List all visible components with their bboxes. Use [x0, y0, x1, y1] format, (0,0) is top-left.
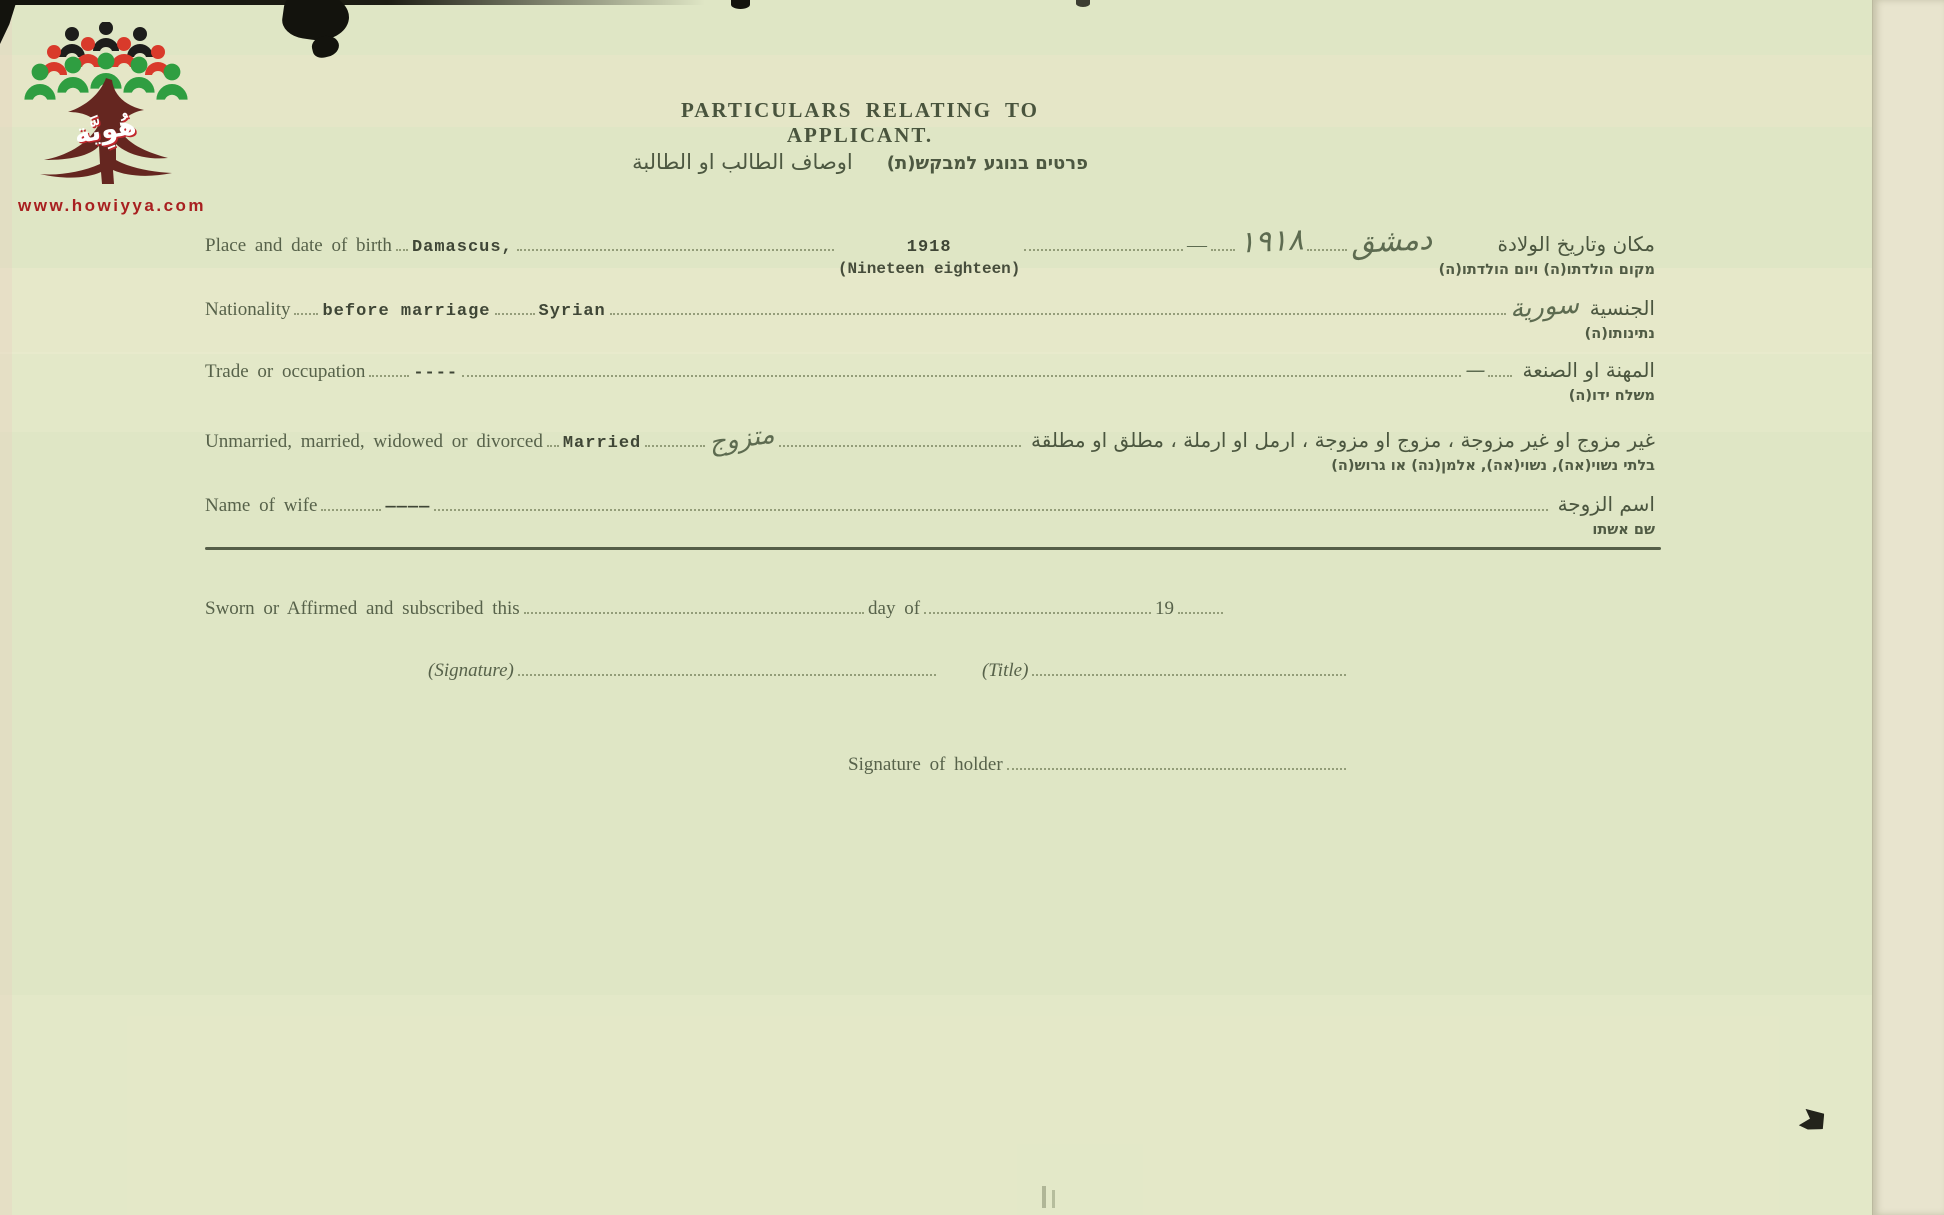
dotted-leader: [396, 249, 408, 251]
nationality-handwritten: سورية: [1509, 290, 1580, 325]
nationality-value-typed: Syrian: [539, 302, 606, 321]
dotted-leader: [517, 249, 834, 251]
nationality-label-he: נתינותו(ה): [1585, 326, 1655, 342]
wife-value-typed: ————: [385, 498, 430, 517]
scan-edge-tint: [0, 0, 12, 1215]
watermark-url: www.howiyya.com: [18, 196, 206, 216]
field-row-occupation: Trade or occupation ---- — المهنة او الص…: [205, 358, 1655, 404]
page-subtitle: اوصاف الطالب او الطالبة פרטים בנוגע למבק…: [610, 150, 1110, 174]
field-row-nationality: Nationality before marriage Syrian سورية…: [205, 292, 1655, 342]
fold-mark: [1042, 1186, 1046, 1208]
signature-line: (Signature) (Title): [428, 660, 1350, 682]
nationality-label-rtl-block: الجنسية נתינותו(ה): [1585, 296, 1655, 342]
dotted-leader: [1024, 249, 1183, 251]
dotted-leader: [924, 612, 1151, 614]
marital-label-en: Unmarried, married, widowed or divorced: [205, 431, 543, 453]
birth-label-en: Place and date of birth: [205, 235, 392, 257]
occupation-value-typed: ----: [413, 364, 458, 383]
section-divider: [205, 547, 1661, 550]
dotted-leader: [1307, 249, 1347, 251]
subtitle-arabic: اوصاف الطالب او الطالبة: [632, 150, 853, 174]
adjacent-page-edge: [1872, 0, 1944, 1215]
birth-label-rtl-block: مكان وتاريخ الولادة מקום הולדתו(ה) ויום …: [1439, 232, 1655, 278]
oath-sworn-text: Sworn or Affirmed and subscribed this: [205, 598, 520, 620]
nationality-label-en: Nationality: [205, 299, 290, 321]
dotted-leader: [1007, 768, 1346, 770]
wife-label-ar: اسم الزوجة: [1558, 492, 1655, 516]
holder-label: Signature of holder: [848, 754, 1003, 776]
torn-edge-mark: [1076, 0, 1090, 7]
marital-label-he: בלתי נשוי(אה), נשוי(אה), אלמן(נה) או גרו…: [1331, 458, 1655, 474]
nationality-qualifier-typed: before marriage: [322, 302, 490, 321]
field-row-marital: Unmarried, married, widowed or divorced …: [205, 424, 1655, 474]
dotted-leader: [369, 375, 409, 377]
hand-dash: —: [1187, 234, 1207, 257]
birth-place-typed: Damascus,: [412, 238, 513, 257]
ink-stain: [1796, 1106, 1827, 1133]
birth-label-ar: مكان وتاريخ الولادة: [1498, 232, 1655, 256]
wife-label-he: שם אשתו: [1592, 522, 1655, 538]
dotted-leader: [1178, 612, 1223, 614]
dotted-leader: [524, 612, 864, 614]
title-label: (Title): [982, 660, 1028, 682]
dotted-leader: [610, 313, 1506, 315]
birth-year-words: (Nineteen eighteen): [838, 260, 1020, 278]
dotted-leader: [645, 445, 705, 447]
page-title: PARTICULARS RELATING TO APPLICANT.: [660, 98, 1060, 148]
oath-day-of-text: day of: [868, 598, 920, 620]
occupation-label-en: Trade or occupation: [205, 361, 365, 383]
torn-edge-mark: [731, 0, 750, 9]
dotted-leader: [547, 445, 559, 447]
birth-year-handwritten: ١٩١٨: [1238, 222, 1304, 260]
dotted-leader: [518, 674, 936, 676]
holder-signature-line: Signature of holder: [848, 754, 1350, 776]
marital-handwritten: متزوج: [707, 420, 776, 459]
nationality-label-ar: الجنسية: [1590, 296, 1655, 320]
oath-line: Sworn or Affirmed and subscribed this da…: [205, 598, 1227, 620]
torn-edge-mark: [0, 0, 17, 44]
occupation-label-he: משלח ידו(ה): [1569, 388, 1655, 404]
people-tree-icon: هُوِيَّة هُوِيَّة: [20, 22, 192, 194]
marital-value-typed: Married: [563, 434, 641, 453]
marital-label-rtl-block: غير مزوج او غير مزوجة ، مزوج او مزوجة ، …: [1031, 428, 1655, 474]
dotted-leader: [1488, 375, 1512, 377]
signature-label: (Signature): [428, 660, 514, 682]
marital-label-ar: غير مزوج او غير مزوجة ، مزوج او مزوجة ، …: [1031, 428, 1655, 452]
dotted-leader: [1032, 674, 1346, 676]
scan-tint-band: [0, 995, 1872, 1215]
field-row-birth: Place and date of birth Damascus, 1918 (…: [205, 224, 1655, 278]
birth-year-typed-block: 1918 (Nineteen eighteen): [838, 238, 1020, 278]
torn-edge-mark: [0, 0, 705, 5]
occupation-label-rtl-block: المهنة او الصنعة משלח ידו(ה): [1522, 358, 1655, 404]
wife-label-en: Name of wife: [205, 495, 317, 517]
subtitle-hebrew: פרטים בנוגע למבקש(ת): [887, 153, 1088, 174]
dotted-leader: [434, 509, 1547, 511]
occupation-handwritten-dash: —: [1465, 358, 1484, 382]
howiyya-logo: هُوِيَّة هُوِيَّة: [20, 22, 200, 199]
birth-place-handwritten: دمشق: [1351, 222, 1434, 261]
occupation-label-ar: المهنة او الصنعة: [1522, 358, 1655, 382]
oath-year-prefix: 19: [1155, 598, 1174, 620]
dotted-leader: [495, 313, 535, 315]
dotted-leader: [462, 375, 1461, 377]
birth-label-he: מקום הולדתו(ה) ויום הולדתו(ה): [1439, 262, 1655, 278]
wife-label-rtl-block: اسم الزوجة שם אשתו: [1558, 492, 1655, 538]
birth-year-typed: 1918: [907, 238, 952, 257]
dotted-leader: [779, 445, 1021, 447]
dotted-leader: [321, 509, 381, 511]
fold-mark: [1052, 1190, 1055, 1208]
dotted-leader: [1211, 249, 1235, 251]
dotted-leader: [294, 313, 318, 315]
field-row-wife: Name of wife ———— اسم الزوجة שם אשתו: [205, 492, 1655, 538]
